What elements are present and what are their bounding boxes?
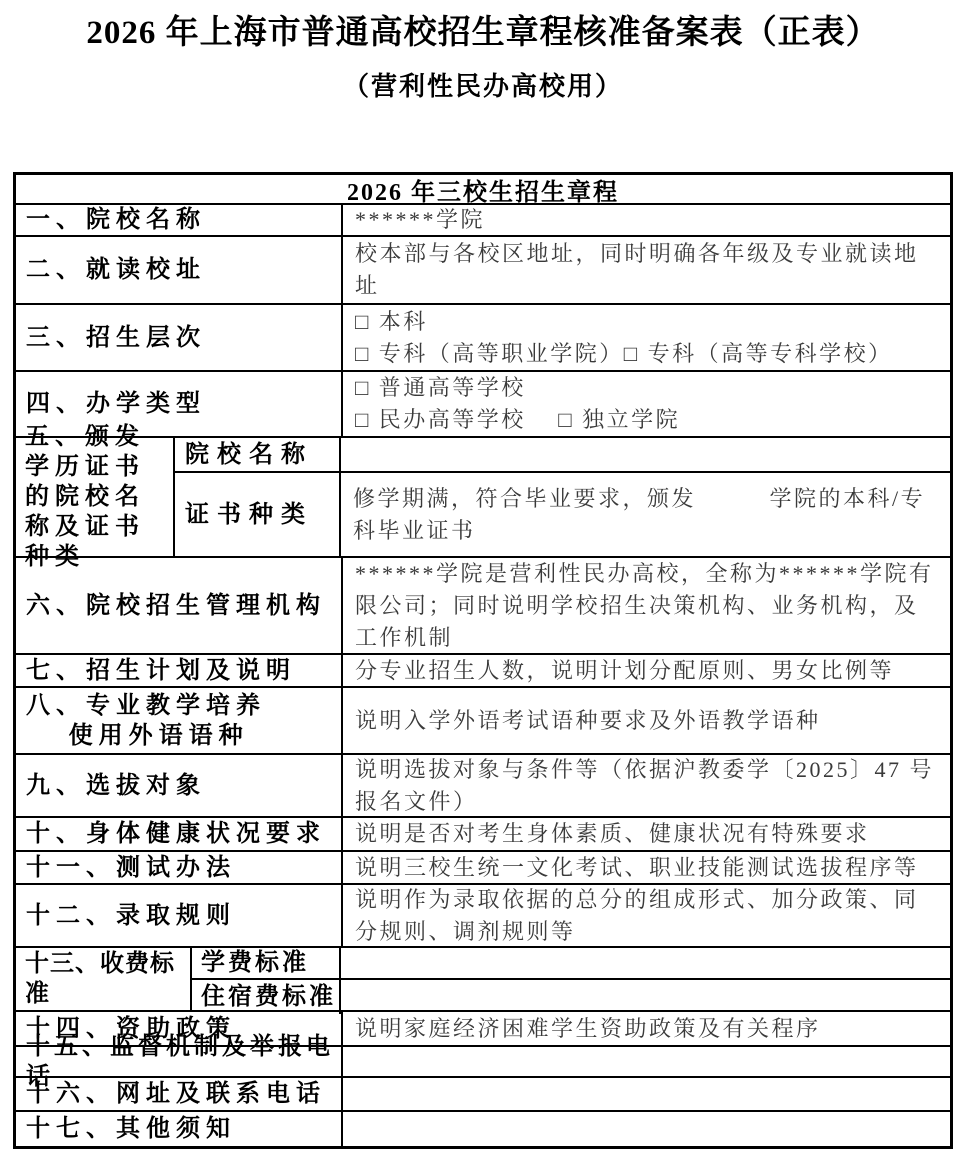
label-foreign-language: 八、专业教学培养 使用外语语种 <box>16 688 343 753</box>
value-admission-rules: 说明作为录取依据的总分的组成形式、加分政策、同分规则、调剂规则等 <box>343 885 950 946</box>
row-value: 说明选拔对象与条件等（依据沪教委学〔2025〕47 号报名文件） <box>355 755 942 816</box>
table-row: 二、就读校址 校本部与各校区地址，同时明确各年级及专业就读地址 <box>16 235 950 303</box>
row-label: 十七、其他须知 <box>26 1114 236 1144</box>
label-enrollment-level: 三、招生层次 <box>16 305 343 370</box>
row-label: 十三、收费标准 <box>25 949 188 1009</box>
row-value: 修学期满，符合毕业要求，颁发 学院的本科/专科毕业证书 <box>353 483 942 547</box>
value-financial-aid: 说明家庭经济困难学生资助政策及有关程序 <box>343 1012 950 1045</box>
row-value: ******学院 <box>355 205 485 235</box>
row-value: 说明家庭经济困难学生资助政策及有关程序 <box>355 1013 821 1045</box>
table-row: 十五、监督机制及举报电话 <box>16 1045 950 1076</box>
row-label: 八、专业教学培养 使用外语语种 <box>26 691 266 751</box>
table-row-degree-certificate: 五、颁发学历证书的院校名称及证书种类 院校名称 证书种类 修学期满，符合毕业要求… <box>16 436 950 556</box>
value-test-method: 说明三校生统一文化考试、职业技能测试选拔程序等 <box>343 852 950 883</box>
row-label: 证书种类 <box>185 500 313 530</box>
label-enrollment-plan: 七、招生计划及说明 <box>16 655 343 686</box>
table-row: 一、院校名称 ******学院 <box>16 203 950 235</box>
value-admission-management: ******学院是营利性民办高校，全称为******学院有限公司；同时说明学校招… <box>343 558 950 653</box>
subrow-certificate-type: 证书种类 修学期满，符合毕业要求，颁发 学院的本科/专科毕业证书 <box>175 471 950 556</box>
value-supervision-hotline <box>343 1047 950 1076</box>
table-row-fee-standards: 十三、收费标准 学费标准 住宿费标准 <box>16 946 950 1010</box>
table-row: 十七、其他须知 <box>16 1110 950 1146</box>
subrow-certificate-institution: 院校名称 <box>175 438 950 471</box>
row-label: 十二、录取规则 <box>26 901 236 931</box>
sublabel-accommodation-fee: 住宿费标准 <box>192 980 341 1014</box>
page: { "page": { "title": "2026 年上海市普通高校招生章程核… <box>0 12 966 1150</box>
label-test-method: 十一、测试办法 <box>16 852 343 883</box>
row-label: 六、院校招生管理机构 <box>26 591 326 621</box>
row-value: 校本部与各校区地址，同时明确各年级及专业就读地址 <box>355 238 942 302</box>
value-institution-type-options: □ 普通高等学校 □ 民办高等学校 □ 独立学院 <box>343 372 950 436</box>
label-selection-targets: 九、选拔对象 <box>16 755 343 816</box>
row-label: 十一、测试办法 <box>26 853 236 883</box>
row-label: 十、身体健康状况要求 <box>26 819 326 849</box>
table-row: 十、身体健康状况要求 说明是否对考生身体素质、健康状况有特殊要求 <box>16 816 950 850</box>
sublabel-certificate-institution: 院校名称 <box>175 438 341 471</box>
row-label: 住宿费标准 <box>201 982 336 1012</box>
value-enrollment-plan: 分专业招生人数，说明计划分配原则、男女比例等 <box>343 655 950 686</box>
label-other-notes: 十七、其他须知 <box>16 1112 343 1146</box>
value-certificate-type: 修学期满，符合毕业要求，颁发 学院的本科/专科毕业证书 <box>341 473 950 556</box>
value-foreign-language: 说明入学外语考试语种要求及外语教学语种 <box>343 688 950 753</box>
table-header-title: 2026 年三校生招生章程 <box>16 175 950 203</box>
table-row: 十一、测试办法 说明三校生统一文化考试、职业技能测试选拔程序等 <box>16 850 950 883</box>
value-certificate-institution <box>341 438 950 471</box>
row-label: 四、办学类型 <box>26 389 206 419</box>
row-label: 学费标准 <box>201 948 309 978</box>
label-health-requirements: 十、身体健康状况要求 <box>16 818 343 850</box>
table-row: 十六、网址及联系电话 <box>16 1076 950 1110</box>
row-label: 二、就读校址 <box>26 255 206 285</box>
value-health-requirements: 说明是否对考生身体素质、健康状况有特殊要求 <box>343 818 950 850</box>
row-label: 三、招生层次 <box>26 323 206 353</box>
checkbox-options-text: □ 普通高等学校 □ 民办高等学校 □ 独立学院 <box>355 372 680 436</box>
subrow-tuition-fee: 学费标准 <box>192 948 950 978</box>
row-value: 说明是否对考生身体素质、健康状况有特殊要求 <box>355 818 870 850</box>
label-admission-rules: 十二、录取规则 <box>16 885 343 946</box>
table-row: 八、专业教学培养 使用外语语种 说明入学外语考试语种要求及外语教学语种 <box>16 686 950 753</box>
label-website-contact: 十六、网址及联系电话 <box>16 1078 343 1110</box>
value-campus-address: 校本部与各校区地址，同时明确各年级及专业就读地址 <box>343 237 950 303</box>
table-row: 三、招生层次 □ 本科 □ 专科（高等职业学院）□ 专科（高等专科学校） <box>16 303 950 370</box>
table-row: 七、招生计划及说明 分专业招生人数，说明计划分配原则、男女比例等 <box>16 653 950 686</box>
row-value: 分专业招生人数，说明计划分配原则、男女比例等 <box>355 655 894 686</box>
fee-standards-subrows: 学费标准 住宿费标准 <box>192 948 950 1010</box>
charter-filing-table: 2026 年三校生招生章程 一、院校名称 ******学院 二、就读校址 校本部… <box>13 172 953 1149</box>
sublabel-tuition-fee: 学费标准 <box>192 948 341 978</box>
label-admission-management: 六、院校招生管理机构 <box>16 558 343 653</box>
value-tuition-fee <box>341 948 950 978</box>
row-value: 说明作为录取依据的总分的组成形式、加分政策、同分规则、调剂规则等 <box>355 885 942 946</box>
row-label: 一、院校名称 <box>26 205 206 235</box>
value-accommodation-fee <box>341 980 950 1014</box>
value-selection-targets: 说明选拔对象与条件等（依据沪教委学〔2025〕47 号报名文件） <box>343 755 950 816</box>
value-institution-name: ******学院 <box>343 205 950 235</box>
label-fee-standards: 十三、收费标准 <box>16 948 192 1010</box>
row-value: 说明入学外语考试语种要求及外语教学语种 <box>355 705 821 737</box>
row-value: 说明三校生统一文化考试、职业技能测试选拔程序等 <box>355 852 919 883</box>
row-label: 十六、网址及联系电话 <box>26 1079 326 1109</box>
value-website-contact <box>343 1078 950 1110</box>
label-degree-certificate: 五、颁发学历证书的院校名称及证书种类 <box>16 438 175 556</box>
value-other-notes <box>343 1112 950 1146</box>
table-header-row: 2026 年三校生招生章程 <box>16 175 950 203</box>
table-row: 十二、录取规则 说明作为录取依据的总分的组成形式、加分政策、同分规则、调剂规则等 <box>16 883 950 946</box>
row-label: 院校名称 <box>185 440 313 470</box>
subrow-accommodation-fee: 住宿费标准 <box>192 978 950 1014</box>
checkbox-options-text: □ 本科 □ 专科（高等职业学院）□ 专科（高等专科学校） <box>355 306 893 370</box>
page-subtitle: （营利性民办高校用） <box>0 70 966 104</box>
degree-certificate-subrows: 院校名称 证书种类 修学期满，符合毕业要求，颁发 学院的本科/专科毕业证书 <box>175 438 950 556</box>
row-value: ******学院是营利性民办高校，全称为******学院有限公司；同时说明学校招… <box>355 558 942 653</box>
value-enrollment-level-options: □ 本科 □ 专科（高等职业学院）□ 专科（高等专科学校） <box>343 305 950 370</box>
label-campus-address: 二、就读校址 <box>16 237 343 303</box>
label-institution-name: 一、院校名称 <box>16 205 343 235</box>
sublabel-certificate-type: 证书种类 <box>175 473 341 556</box>
row-label: 九、选拔对象 <box>26 771 206 801</box>
page-title: 2026 年上海市普通高校招生章程核准备案表（正表） <box>0 12 966 54</box>
label-supervision-hotline: 十五、监督机制及举报电话 <box>16 1047 343 1076</box>
row-label: 七、招生计划及说明 <box>26 656 296 686</box>
row-label: 五、颁发学历证书的院校名称及证书种类 <box>25 422 171 572</box>
table-row: 六、院校招生管理机构 ******学院是营利性民办高校，全称为******学院有… <box>16 556 950 653</box>
table-row: 九、选拔对象 说明选拔对象与条件等（依据沪教委学〔2025〕47 号报名文件） <box>16 753 950 816</box>
